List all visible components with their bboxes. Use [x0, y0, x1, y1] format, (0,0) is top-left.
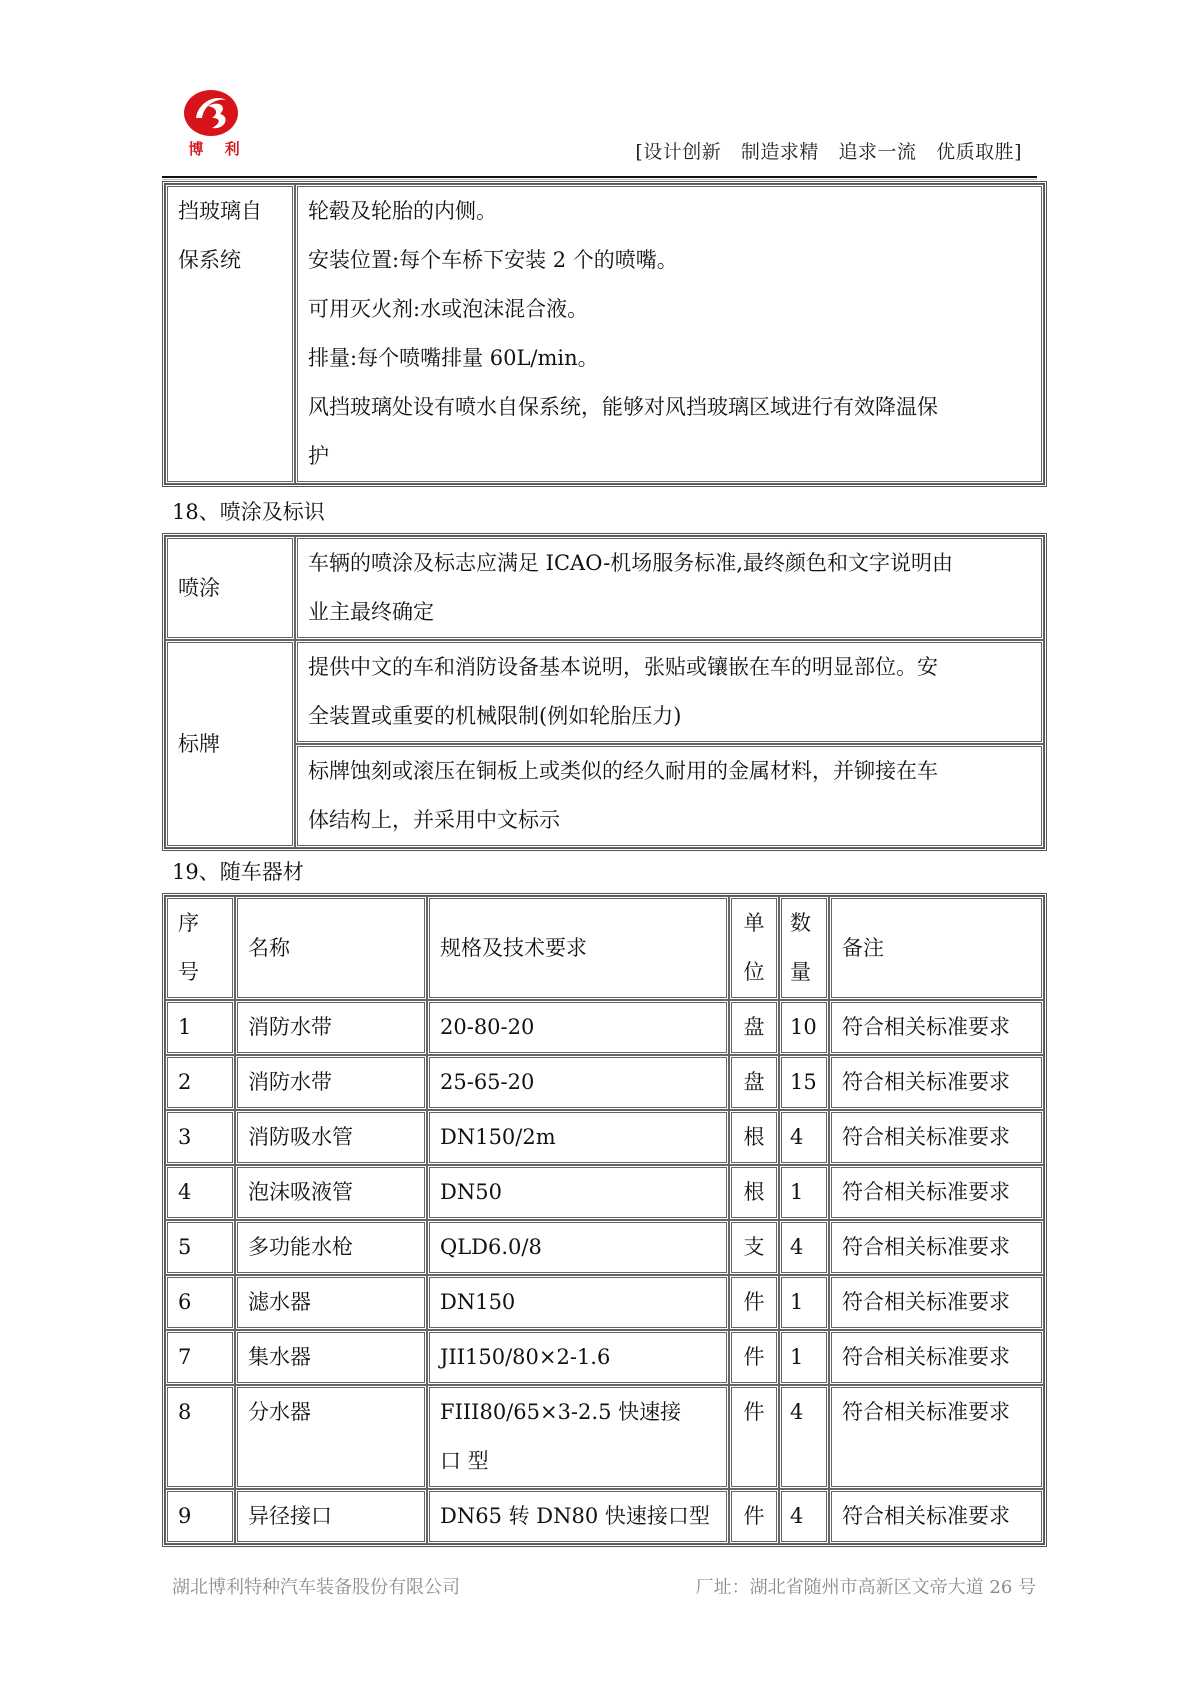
cell-qty: 1: [779, 1275, 829, 1330]
table-row: 4 泡沫吸液管 DN50 根 1 符合相关标准要求: [165, 1165, 1044, 1220]
cell-qty: 1: [779, 1330, 829, 1385]
header-unit: 单 位: [729, 896, 779, 1000]
table-row: 5 多功能水枪 QLD6.0/8 支 4 符合相关标准要求: [165, 1220, 1044, 1275]
cell-name: 滤水器: [235, 1275, 427, 1330]
cell-spec: DN150: [427, 1275, 729, 1330]
table-row: 3 消防吸水管 DN150/2m 根 4 符合相关标准要求: [165, 1110, 1044, 1165]
cell-spec: FIII80/65×3-2.5 快速接 口 型: [427, 1385, 729, 1489]
cell-unit: 件: [729, 1489, 779, 1544]
cell-seq: 8: [165, 1385, 235, 1489]
cell-seq: 9: [165, 1489, 235, 1544]
logo-text: 博 利: [180, 138, 250, 159]
header-qty: 数 量: [779, 896, 829, 1000]
cell-note: 符合相关标准要求: [829, 1330, 1044, 1385]
company-slogan: [设计创新 制造求精 追求一流 优质取胜]: [635, 137, 1022, 164]
header-name: 名称: [235, 896, 427, 1000]
header-seq: 序 号: [165, 896, 235, 1000]
cell-qty: 4: [779, 1385, 829, 1489]
table-header-row: 序 号 名称 规格及技术要求 单 位 数 量 备注: [165, 896, 1044, 1000]
row-content: 车辆的喷涂及标志应满足 ICAO-机场服务标准,最终颜色和文字说明由 业主最终确…: [295, 536, 1044, 640]
row-label-nameplate: 标牌: [165, 640, 295, 848]
cell-note: 符合相关标准要求: [829, 1220, 1044, 1275]
cell-spec: DN65 转 DN80 快速接口型: [427, 1489, 729, 1544]
table-row: 6 滤水器 DN150 件 1 符合相关标准要求: [165, 1275, 1044, 1330]
cell-note: 符合相关标准要求: [829, 1165, 1044, 1220]
header-divider: [162, 176, 1037, 178]
header-spec: 规格及技术要求: [427, 896, 729, 1000]
cell-name: 多功能水枪: [235, 1220, 427, 1275]
windshield-protection-table: 挡玻璃自 保系统 轮毂及轮胎的内侧。 安装位置:每个车桥下安装 2 个的喷嘴。 …: [162, 181, 1047, 487]
company-logo: 博 利: [180, 88, 244, 158]
cell-name: 消防水带: [235, 1000, 427, 1055]
table-row: 8 分水器 FIII80/65×3-2.5 快速接 口 型 件 4 符合相关标准…: [165, 1385, 1044, 1489]
section-19-title: 19、随车器材: [172, 856, 304, 886]
table-row: 9 异径接口 DN65 转 DN80 快速接口型 件 4 符合相关标准要求: [165, 1489, 1044, 1544]
table-row: 标牌蚀刻或滚压在铜板上或类似的经久耐用的金属材料，并铆接在车 体结构上，并采用中…: [165, 744, 1044, 848]
cell-spec: 25-65-20: [427, 1055, 729, 1110]
cell-unit: 件: [729, 1330, 779, 1385]
table-row: 标牌 提供中文的车和消防设备基本说明，张贴或镶嵌在车的明显部位。安 全装置或重要…: [165, 640, 1044, 744]
cell-note: 符合相关标准要求: [829, 1489, 1044, 1544]
cell-name: 泡沫吸液管: [235, 1165, 427, 1220]
cell-spec: QLD6.0/8: [427, 1220, 729, 1275]
cell-note: 符合相关标准要求: [829, 1000, 1044, 1055]
row-label-painting: 喷涂: [165, 536, 295, 640]
table-row: 7 集水器 JII150/80×2-1.6 件 1 符合相关标准要求: [165, 1330, 1044, 1385]
cell-unit: 件: [729, 1275, 779, 1330]
cell-name: 异径接口: [235, 1489, 427, 1544]
footer-address: 厂址：湖北省随州市高新区文帝大道 26 号: [696, 1573, 1036, 1599]
cell-spec: DN150/2m: [427, 1110, 729, 1165]
cell-note: 符合相关标准要求: [829, 1110, 1044, 1165]
cell-seq: 1: [165, 1000, 235, 1055]
cell-seq: 3: [165, 1110, 235, 1165]
row-content: 标牌蚀刻或滚压在铜板上或类似的经久耐用的金属材料，并铆接在车 体结构上，并采用中…: [295, 744, 1044, 848]
table-row: 1 消防水带 20-80-20 盘 10 符合相关标准要求: [165, 1000, 1044, 1055]
cell-qty: 4: [779, 1489, 829, 1544]
cell-name: 消防吸水管: [235, 1110, 427, 1165]
cell-spec: DN50: [427, 1165, 729, 1220]
section-18-title: 18、喷涂及标识: [172, 496, 325, 526]
header-note: 备注: [829, 896, 1044, 1000]
header-divider-thin: [162, 179, 1037, 180]
cell-qty: 4: [779, 1110, 829, 1165]
footer-company-name: 湖北博利特种汽车装备股份有限公司: [172, 1573, 460, 1599]
cell-seq: 2: [165, 1055, 235, 1110]
cell-seq: 6: [165, 1275, 235, 1330]
row-content: 提供中文的车和消防设备基本说明，张贴或镶嵌在车的明显部位。安 全装置或重要的机械…: [295, 640, 1044, 744]
cell-unit: 根: [729, 1165, 779, 1220]
cell-unit: 盘: [729, 1000, 779, 1055]
cell-unit: 根: [729, 1110, 779, 1165]
cell-note: 符合相关标准要求: [829, 1055, 1044, 1110]
onboard-equipment-table: 序 号 名称 规格及技术要求 单 位 数 量 备注 1 消防水带 20-80-2…: [162, 893, 1047, 1547]
row-content: 轮毂及轮胎的内侧。 安装位置:每个车桥下安装 2 个的喷嘴。 可用灭火剂:水或泡…: [295, 184, 1044, 484]
cell-note: 符合相关标准要求: [829, 1385, 1044, 1489]
cell-qty: 4: [779, 1220, 829, 1275]
painting-marking-table: 喷涂 车辆的喷涂及标志应满足 ICAO-机场服务标准,最终颜色和文字说明由 业主…: [162, 533, 1047, 851]
cell-qty: 10: [779, 1000, 829, 1055]
table-row: 挡玻璃自 保系统 轮毂及轮胎的内侧。 安装位置:每个车桥下安装 2 个的喷嘴。 …: [165, 184, 1044, 484]
row-label: 挡玻璃自 保系统: [165, 184, 295, 484]
cell-qty: 1: [779, 1165, 829, 1220]
logo-emblem-icon: [182, 88, 240, 138]
cell-name: 消防水带: [235, 1055, 427, 1110]
cell-spec: JII150/80×2-1.6: [427, 1330, 729, 1385]
table-row: 喷涂 车辆的喷涂及标志应满足 ICAO-机场服务标准,最终颜色和文字说明由 业主…: [165, 536, 1044, 640]
cell-unit: 件: [729, 1385, 779, 1489]
cell-seq: 5: [165, 1220, 235, 1275]
cell-spec: 20-80-20: [427, 1000, 729, 1055]
cell-qty: 15: [779, 1055, 829, 1110]
cell-name: 分水器: [235, 1385, 427, 1489]
cell-note: 符合相关标准要求: [829, 1275, 1044, 1330]
cell-unit: 支: [729, 1220, 779, 1275]
cell-unit: 盘: [729, 1055, 779, 1110]
cell-name: 集水器: [235, 1330, 427, 1385]
cell-seq: 7: [165, 1330, 235, 1385]
table-row: 2 消防水带 25-65-20 盘 15 符合相关标准要求: [165, 1055, 1044, 1110]
cell-seq: 4: [165, 1165, 235, 1220]
